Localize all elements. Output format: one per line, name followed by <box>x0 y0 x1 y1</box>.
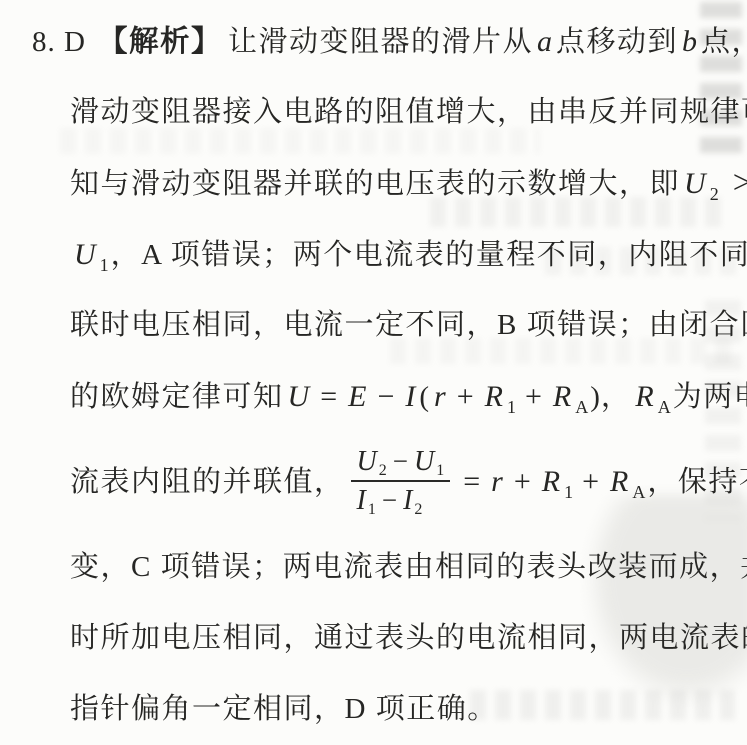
math-variable: R <box>542 465 560 498</box>
text-segment: 滑动变阻器接入电路的阻值增大，由串反并同规律可 <box>70 96 747 128</box>
text-segment: 变，C 项错误；两电流表由相同的表头改装而成，并联 <box>70 551 747 583</box>
text-segment: 1 <box>368 501 376 518</box>
math-variable: R <box>610 465 628 498</box>
math-variable: U <box>74 238 96 271</box>
math-variable: r <box>434 380 446 413</box>
text-line-5: 联时电压相同，电流一定不同，B 项错误；由闭合回路 <box>70 290 740 361</box>
text-segment: 2 <box>710 184 719 204</box>
text-segment: A <box>632 482 645 502</box>
text-segment: 1 <box>507 397 516 417</box>
text-segment: ，A 项错误；两个电流表的量程不同，内阻不同，并 <box>111 239 747 271</box>
math-variable: U <box>414 446 434 477</box>
text-segment: − <box>377 380 394 413</box>
text-segment: > <box>733 165 747 201</box>
text-segment: 指针偏角一定相同，D 项正确。 <box>70 693 498 725</box>
math-variable: E <box>348 380 366 413</box>
text-segment: 为两电 <box>673 381 747 413</box>
math-variable: I <box>405 380 415 413</box>
text-segment: 流表内阻的并联值， <box>70 466 345 498</box>
text-segment: 点移动到 <box>556 26 678 58</box>
text-line-7: 流表内阻的并联值，U2−U1I1−I2=r+R1+RA，保持不 <box>70 432 740 532</box>
text-segment: ，保持不 <box>647 466 747 498</box>
text-segment: + <box>457 380 474 413</box>
text-segment: 让滑动变阻器的滑片从 <box>228 26 533 58</box>
text-segment: 8. D <box>32 26 86 58</box>
text-segment: ) <box>590 381 601 413</box>
math-variable: R <box>635 380 653 413</box>
math-variable: U <box>684 167 706 200</box>
text-line-4: U1，A 项错误；两个电流表的量程不同，内阻不同，并 <box>70 219 740 290</box>
text-segment: 2 <box>379 462 387 479</box>
text-segment: A <box>575 397 588 417</box>
math-variable: R <box>553 380 571 413</box>
text-segment: 的欧姆定律可知 <box>70 381 284 413</box>
text-segment: − <box>393 446 408 476</box>
math-variable: U <box>288 380 310 413</box>
text-segment: = <box>463 465 480 498</box>
math-variable: R <box>485 380 503 413</box>
text-line-10: 指针偏角一定相同，D 项正确。 <box>70 674 740 745</box>
text-segment: 联时电压相同，电流一定不同，B 项错误；由闭合回路 <box>70 309 747 341</box>
math-variable: U <box>357 446 377 477</box>
text-segment: + <box>514 465 531 498</box>
text-segment: 1 <box>436 462 444 479</box>
text-line-8: 变，C 项错误；两电流表由相同的表头改装而成，并联 <box>70 532 740 603</box>
math-fraction: U2−U1I1−I2 <box>351 446 451 517</box>
math-variable: r <box>491 465 503 498</box>
text-line-6: 的欧姆定律可知U=E−I(r+R1+RA)，RA为两电 <box>70 361 740 432</box>
text-segment: 1 <box>564 482 573 502</box>
text-segment: 时所加电压相同，通过表头的电流相同，两电流表的 <box>70 622 747 654</box>
text-segment: 知与滑动变阻器并联的电压表的示数增大，即 <box>70 168 680 200</box>
solution-text: 8. D【解析】让滑动变阻器的滑片从a点移动到b点，滑动变阻器接入电路的阻值增大… <box>0 0 747 745</box>
text-segment: = <box>320 380 337 413</box>
text-segment: + <box>525 380 542 413</box>
fraction-denominator: I1−I2 <box>351 482 451 516</box>
text-segment: 【解析】 <box>98 26 222 58</box>
math-variable: a <box>537 25 552 58</box>
text-segment: 2 <box>414 501 422 518</box>
text-segment: + <box>582 465 599 498</box>
math-variable: I <box>403 485 412 516</box>
text-segment: 点， <box>701 26 747 58</box>
fraction-numerator: U2−U1 <box>351 446 451 482</box>
text-segment: ( <box>419 381 430 413</box>
text-line-3: 知与滑动变阻器并联的电压表的示数增大，即U2> <box>70 148 740 219</box>
text-segment: 1 <box>100 255 109 275</box>
math-variable: b <box>682 25 697 58</box>
text-segment: − <box>382 485 397 515</box>
text-segment: ， <box>601 381 632 413</box>
math-variable: I <box>357 485 366 516</box>
text-line-2: 滑动变阻器接入电路的阻值增大，由串反并同规律可 <box>70 77 740 148</box>
text-segment: A <box>658 397 671 417</box>
text-line-9: 时所加电压相同，通过表头的电流相同，两电流表的 <box>70 603 740 674</box>
text-line-1: 8. D【解析】让滑动变阻器的滑片从a点移动到b点， <box>32 6 740 77</box>
